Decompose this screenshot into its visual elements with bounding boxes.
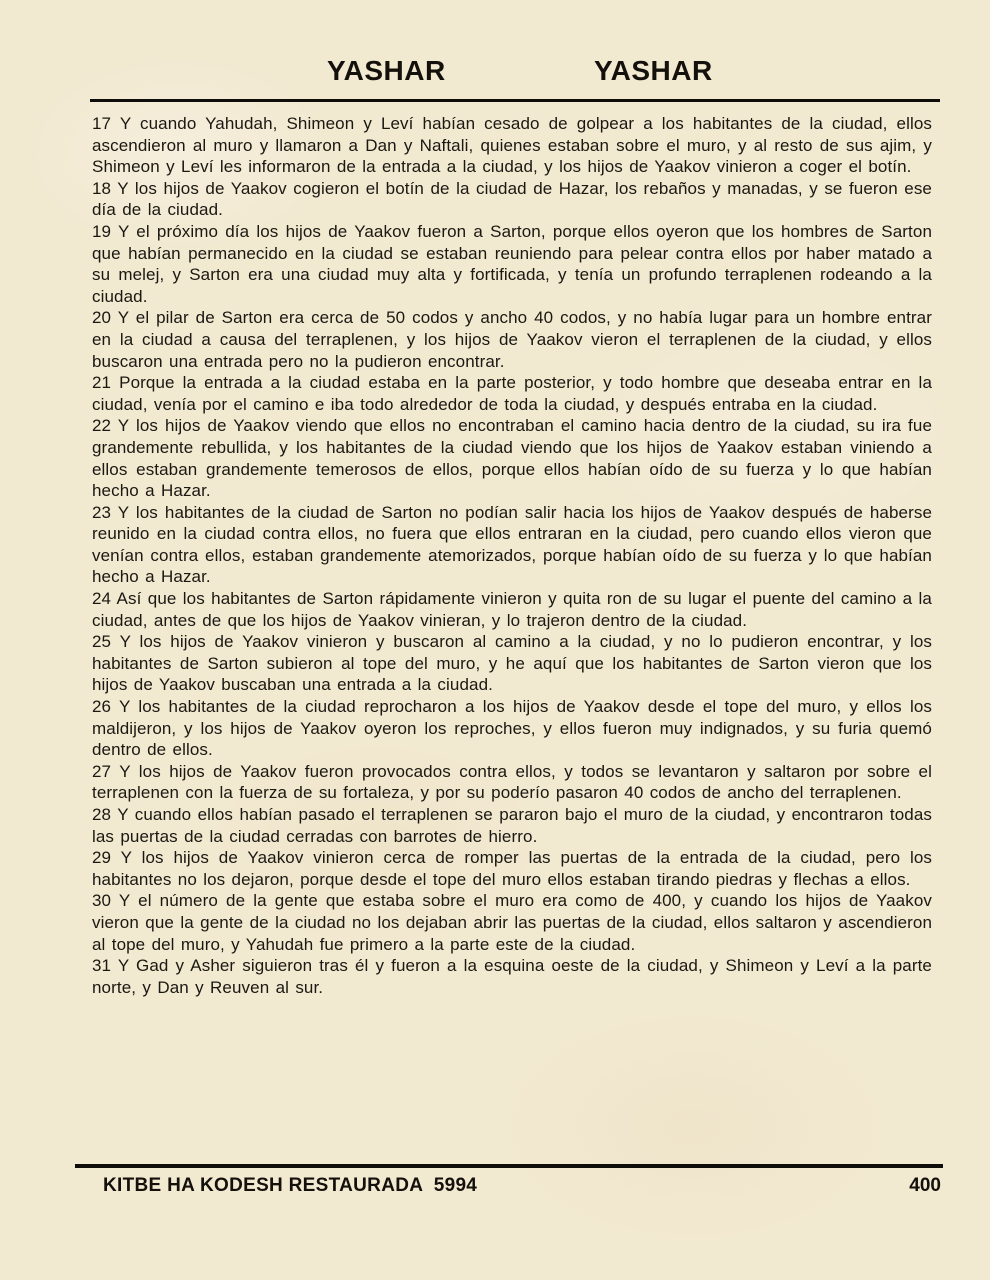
- verse-30: 30 Y el número de la gente que estaba so…: [92, 890, 932, 955]
- verse-25: 25 Y los hijos de Yaakov vinieron y busc…: [92, 631, 932, 696]
- verse-text-block: 17 Y cuando Yahudah, Shimeon y Leví habí…: [92, 113, 932, 998]
- verse-26: 26 Y los habitantes de la ciudad reproch…: [92, 696, 932, 761]
- header-title-left: YASHAR: [327, 55, 446, 87]
- header-title-right: YASHAR: [594, 55, 713, 87]
- verse-20: 20 Y el pilar de Sarton era cerca de 50 …: [92, 307, 932, 372]
- verse-23: 23 Y los habitantes de la ciudad de Sart…: [92, 502, 932, 588]
- verse-19: 19 Y el próximo día los hijos de Yaakov …: [92, 221, 932, 307]
- verse-18: 18 Y los hijos de Yaakov cogieron el bot…: [92, 178, 932, 221]
- verse-22: 22 Y los hijos de Yaakov viendo que ello…: [92, 415, 932, 501]
- verse-17: 17 Y cuando Yahudah, Shimeon y Leví habí…: [92, 113, 932, 178]
- verse-21: 21 Porque la entrada a la ciudad estaba …: [92, 372, 932, 415]
- footer-book-title: KITBE HA KODESH RESTAURADA 5994: [103, 1175, 477, 1197]
- verse-31: 31 Y Gad y Asher siguieron tras él y fue…: [92, 955, 932, 998]
- verse-29: 29 Y los hijos de Yaakov vinieron cerca …: [92, 847, 932, 890]
- verse-24: 24 Así que los habitantes de Sarton rápi…: [92, 588, 932, 631]
- verse-27: 27 Y los hijos de Yaakov fueron provocad…: [92, 761, 932, 804]
- header-rule: [90, 99, 940, 102]
- document-page: YASHAR YASHAR 17 Y cuando Yahudah, Shime…: [0, 0, 990, 1280]
- footer-page-number: 400: [909, 1175, 941, 1197]
- verse-28: 28 Y cuando ellos habían pasado el terra…: [92, 804, 932, 847]
- footer-rule: [75, 1164, 943, 1168]
